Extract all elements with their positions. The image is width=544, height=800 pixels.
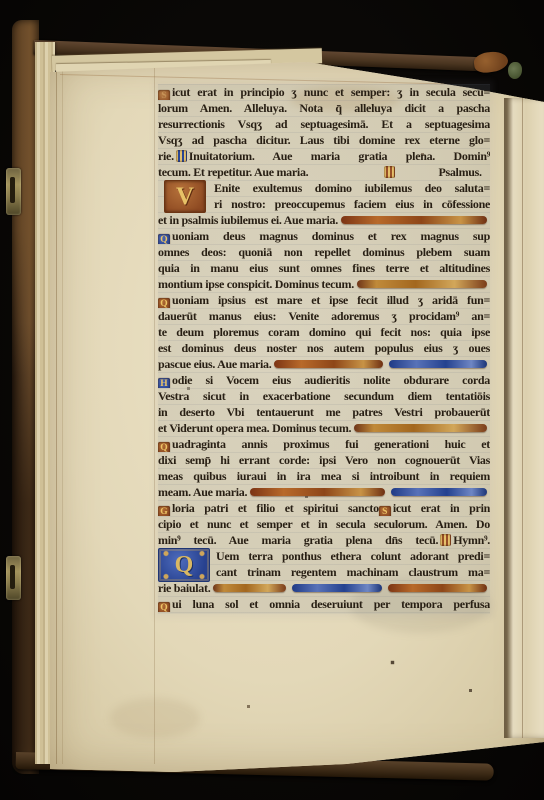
- line-text: rie baiulat.: [158, 580, 210, 596]
- brass-clasp-lower: [6, 556, 21, 600]
- text-line: quia in manu eius sunt omnes fines terre…: [158, 260, 490, 276]
- illuminated-initial: H: [158, 378, 170, 388]
- text-line: Qui luna sol et omnia deseruiunt per tem…: [158, 596, 490, 612]
- line-filler: [388, 584, 487, 592]
- text-line: Vsqʒ ad pascha dicitur. Laus tibi domine…: [158, 132, 490, 148]
- gutter-facing-leaf: [504, 98, 544, 738]
- line-text: uadraginta annis proximus fui generation…: [172, 437, 490, 451]
- illuminated-initial: S: [158, 90, 170, 100]
- paraph-ornament: [384, 166, 395, 178]
- text-line: ri nostro: preoccupemus faciem eius in c…: [158, 196, 490, 212]
- line-text: Vestra sicut in exacerbatione secundum d…: [158, 389, 490, 403]
- text-line: resurrectionis Vsqʒ ad septuagesimā. Et …: [158, 116, 490, 132]
- line-text: Enite exultemus domino iubilemus deo sal…: [214, 181, 490, 195]
- parchment-stain: [110, 698, 200, 738]
- text-line: min⁹ tecū. Aue maria gratia plena dn̄s t…: [158, 532, 490, 548]
- illuminated-initial: Q: [158, 298, 170, 308]
- line-filler: [341, 216, 487, 224]
- line-filler: [213, 584, 285, 592]
- text-line: montium ipse conspicit. Dominus tecum.: [158, 276, 490, 292]
- line-text: lorum Amen. Alleluya. Nota q̄ alleluya d…: [158, 101, 490, 115]
- line-text: ri nostro: preoccupemus faciem eius in c…: [214, 197, 490, 211]
- page-crease: [62, 68, 63, 764]
- line-filler: [292, 584, 382, 592]
- text-line: rie baiulat.: [158, 580, 490, 596]
- line-text: meam. Aue maria.: [158, 484, 247, 500]
- illuminated-initial: Q: [158, 442, 170, 452]
- text-line: omnes deos: quoniā non repellet dominus …: [158, 244, 490, 260]
- text-line: lorum Amen. Alleluya. Nota q̄ alleluya d…: [158, 100, 490, 116]
- text-line: tecum. Et repetitur. Aue maria.Psalmus.: [158, 164, 490, 180]
- line-text: Vsqʒ ad pascha dicitur. Laus tibi domine…: [158, 133, 490, 147]
- line-text: loria patri et filio et spiritui sancto: [172, 501, 379, 515]
- line-text: ui luna sol et omnia deseruiunt per temp…: [172, 597, 490, 611]
- text-line: Quadraginta annis proximus fui generatio…: [158, 436, 490, 452]
- illuminated-initial: S: [379, 506, 391, 516]
- page-crease: [56, 68, 57, 764]
- line-filler: [391, 488, 487, 496]
- line-text: quia in manu eius sunt omnes fines terre…: [158, 261, 490, 275]
- clasp-slot: [10, 565, 15, 589]
- gutter-leaf-edge: [522, 98, 523, 738]
- line-text: icut erat in principio ʒ nunc et semper:…: [172, 85, 490, 99]
- text-line: te deum ploremus coram domino qui fecit …: [158, 324, 490, 340]
- clasp-slot: [10, 177, 15, 203]
- text-line: rie.Inuitatorium. Aue maria gratia plena…: [158, 148, 490, 164]
- text-line: dixi semp̄ hi errant corde: ipsi Vero no…: [158, 452, 490, 468]
- line-text: montium ipse conspicit. Dominus tecum.: [158, 276, 354, 292]
- illuminated-initial: G: [158, 506, 170, 516]
- line-text: et in psalmis iubilemus ei. Aue maria.: [158, 212, 338, 228]
- text-line: Quoniam deus magnus dominus et rex magnu…: [158, 228, 490, 244]
- text-line: Sicut erat in principio ʒ nunc et semper…: [158, 84, 490, 100]
- line-text: icut erat in prin: [393, 501, 490, 515]
- line-text: dixi semp̄ hi errant corde: ipsi Vero no…: [158, 453, 490, 467]
- line-text: Psalmus.: [438, 164, 481, 180]
- line-text: rie.: [158, 149, 174, 163]
- paraph-ornament: [440, 534, 451, 546]
- text-line: et Viderunt opera mea. Dominus tecum.: [158, 420, 490, 436]
- text-line: pascue eius. Aue maria.: [158, 356, 490, 372]
- line-text: pascue eius. Aue maria.: [158, 356, 271, 372]
- text-line: Enite exultemus domino iubilemus deo sal…: [158, 180, 490, 196]
- large-illuminated-initial: Q: [158, 548, 210, 582]
- line-text: dauerūt manus eius: Venite adoremus ʒ pr…: [158, 309, 490, 323]
- leather-tab: [473, 50, 509, 75]
- line-text: in deserto Vbi tentauerunt me patres Ves…: [158, 405, 490, 419]
- paraph-ornament: [176, 150, 187, 162]
- line-text: est dominus deus noster nos autem populu…: [158, 341, 490, 355]
- text-line: Hodie si Vocem eius audieritis nolite ob…: [158, 372, 490, 388]
- line-filler: [357, 280, 487, 288]
- text-line: est dominus deus noster nos autem populu…: [158, 340, 490, 356]
- text-line: cipio et nunc et semper et in secula sec…: [158, 516, 490, 532]
- line-text: Uem terra ponthus ethera colunt adorant …: [216, 549, 490, 563]
- line-filler: [250, 488, 385, 496]
- line-text: Hymn⁹.: [453, 533, 490, 547]
- brass-clasp-upper: [6, 168, 21, 215]
- line-filler: [389, 360, 487, 368]
- text-line: Vestra sicut in exacerbatione secundum d…: [158, 388, 490, 404]
- line-text: Inuitatorium. Aue maria gratia plena. Do…: [189, 149, 490, 163]
- line-filler: [274, 360, 382, 368]
- text-line: Gloria patri et filio et spiritui sancto…: [158, 500, 490, 516]
- line-text: odie si Vocem eius audieritis nolite obd…: [172, 373, 490, 387]
- line-text: meas quibus iuraui in ira mea si introib…: [158, 469, 490, 483]
- text-line: in deserto Vbi tentauerunt me patres Ves…: [158, 404, 490, 420]
- line-text: uoniam deus magnus dominus et rex magnus…: [172, 229, 490, 243]
- illuminated-initial: Q: [158, 234, 170, 244]
- line-text: cipio et nunc et semper et in secula sec…: [158, 517, 490, 531]
- text-line: meas quibus iuraui in ira mea si introib…: [158, 468, 490, 484]
- text-block: Sicut erat in principio ʒ nunc et semper…: [158, 84, 490, 614]
- text-line: Quoniam ipsius est mare et ipse fecit il…: [158, 292, 490, 308]
- line-text: te deum ploremus coram domino qui fecit …: [158, 325, 490, 339]
- line-text: uoniam ipsius est mare et ipse fecit ill…: [172, 293, 490, 307]
- text-line: meam. Aue maria.: [158, 484, 490, 500]
- illuminated-initial: Q: [158, 602, 170, 612]
- line-filler: [354, 424, 487, 432]
- line-text: resurrectionis Vsqʒ ad septuagesimā. Et …: [158, 117, 490, 131]
- line-text: cant trinam regentem machinam claustrum …: [216, 565, 490, 579]
- line-text: tecum. Et repetitur. Aue maria.: [158, 164, 308, 180]
- page-crease: [154, 68, 155, 764]
- line-text: min⁹ tecū. Aue maria gratia plena dn̄s t…: [158, 533, 438, 547]
- text-line: dauerūt manus eius: Venite adoremus ʒ pr…: [158, 308, 490, 324]
- line-text: et Viderunt opera mea. Dominus tecum.: [158, 420, 351, 436]
- large-illuminated-initial: V: [164, 180, 206, 213]
- text-line: et in psalmis iubilemus ei. Aue maria.: [158, 212, 490, 228]
- verdigris-residue: [508, 62, 522, 79]
- line-text: omnes deos: quoniā non repellet dominus …: [158, 245, 490, 259]
